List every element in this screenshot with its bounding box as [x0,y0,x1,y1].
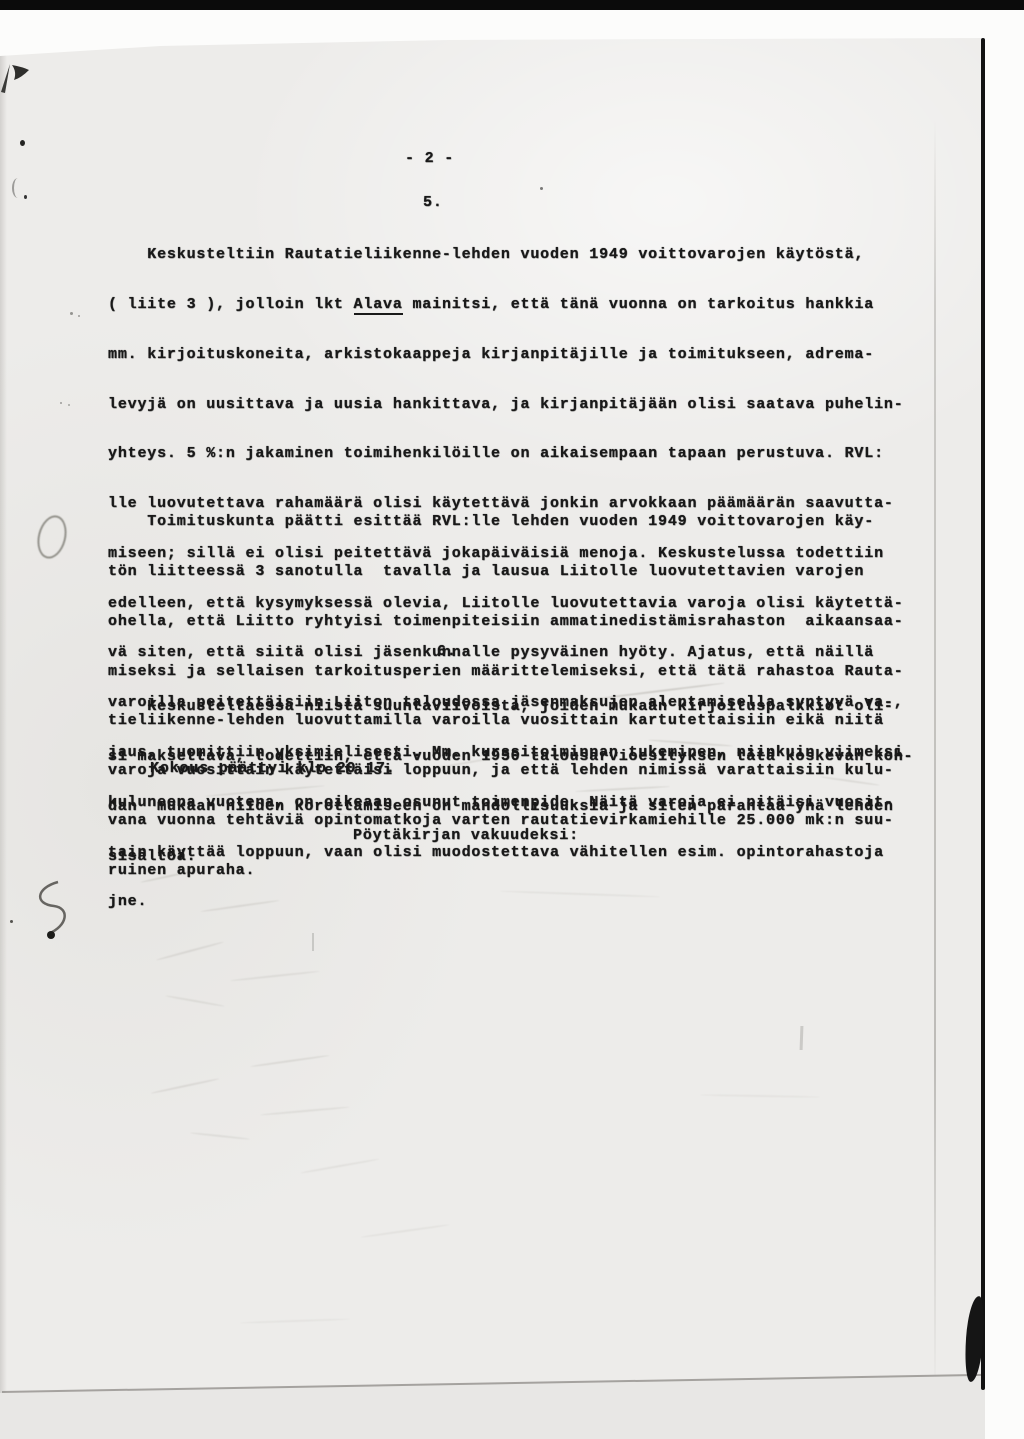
ink-speck [68,404,70,406]
ink-dot [10,920,13,923]
closing-line: Kokous päättyi klo 20.17. [150,761,396,778]
line-text: mainitsi, että tänä vuonna on tarkoitus … [403,296,874,313]
typewritten-line: levyjä on uusittava ja uusia hankittava,… [108,397,904,414]
ink-speck [540,187,543,190]
typewritten-line: dan mukaan niiden korottamiseen on mahdo… [108,799,913,816]
page-number: - 2 - [405,151,454,168]
attestation-line: Pöytäkirjan vakuudeksi: [353,828,579,845]
section-6-heading: 6. [437,644,457,661]
pen-stroke-mark-icon [0,58,33,94]
scanned-document-canvas: - 2 - 5. Keskusteltiin Rautatieliikenne-… [0,0,1024,1439]
typewritten-line: mm. kirjoituskoneita, arkistokaappeja ki… [108,347,904,364]
ink-speck [78,315,80,317]
typewritten-line: ( liite 3 ), jolloin lkt Alava mainitsi,… [108,297,904,314]
typewritten-line: Keskusteltiin Rautatieliikenne-lehden vu… [108,247,904,264]
ink-speck [60,402,62,404]
scan-binding-line [981,38,985,1390]
section-6-paragraph: Keskusteltaessa niistä suuntaviivoista, … [108,666,913,898]
ink-dot [24,195,27,199]
underlined-name: Alava [354,296,403,315]
typewritten-line: sisältöä. [108,849,913,866]
line-text: ( liite 3 ), jolloin lkt [108,296,354,313]
ink-dot [20,140,25,146]
scan-background-right [985,10,1024,1439]
pencil-scribble-mark [24,878,68,942]
section-5-heading: 5. [423,195,443,212]
typewritten-line: ohella, että Liitto ryhtyisi toimenpitei… [108,614,904,631]
ink-speck [70,312,73,315]
typewritten-line: Keskusteltaessa niistä suuntaviivoista, … [108,699,913,716]
typewritten-line: tön liitteessä 3 sanotulla tavalla ja la… [108,564,904,581]
pencil-curve-mark [12,178,24,198]
typewritten-line: yhteys. 5 %:n jakaminen toimihenkilöille… [108,446,904,463]
typewritten-line: Toimituskunta päätti esittää RVL:lle leh… [108,514,904,531]
scan-edge-bar [0,0,1024,10]
page-fold-line [934,120,936,1375]
